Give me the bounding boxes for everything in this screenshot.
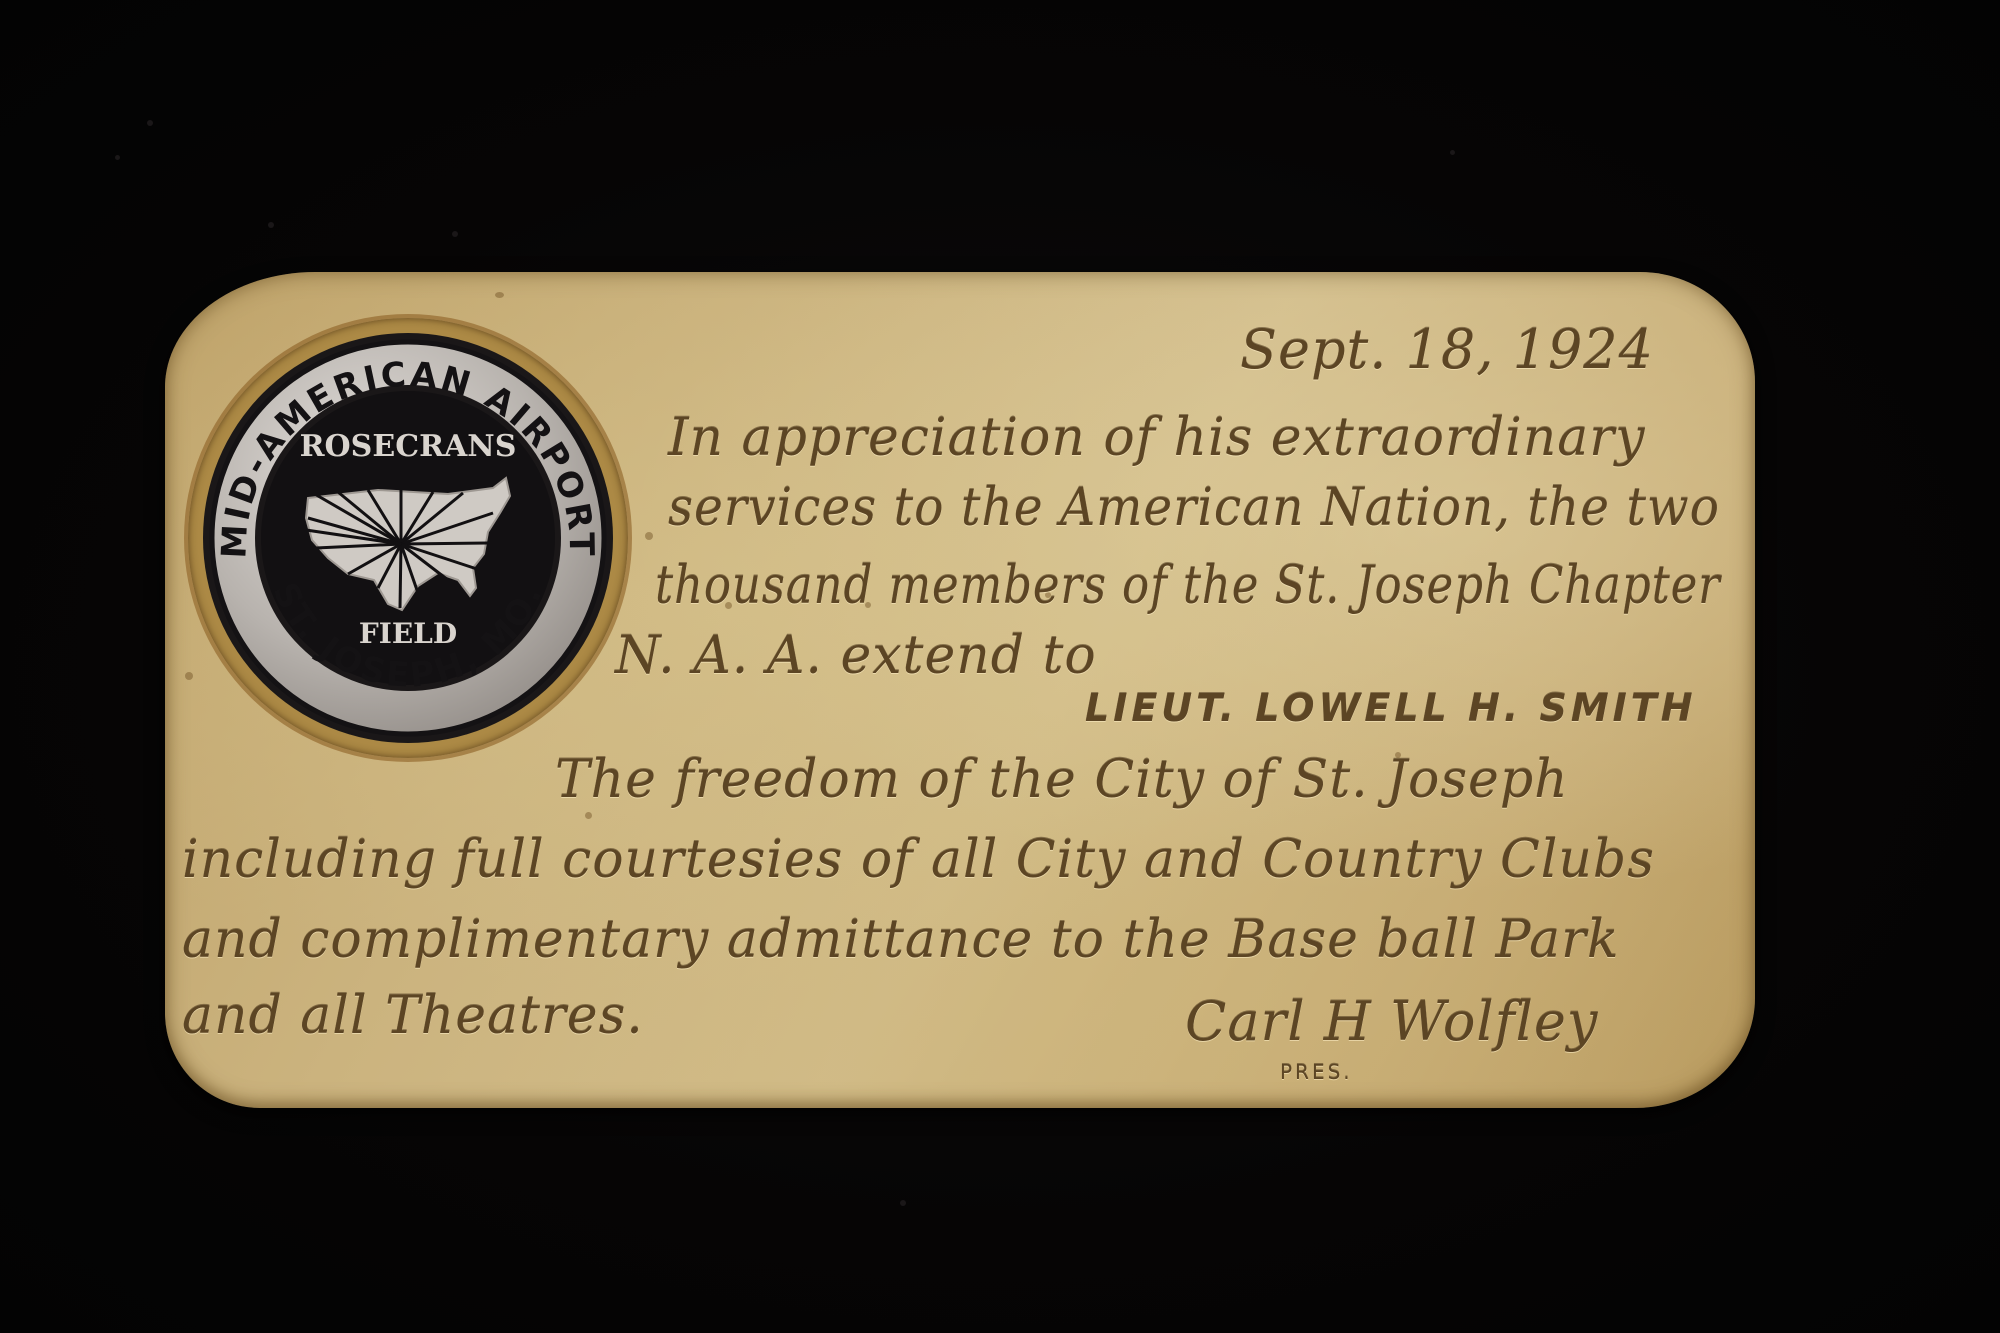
velvet-speck (1450, 150, 1455, 155)
inscription-line: services to the American Nation, the two (668, 478, 1720, 538)
velvet-speck (900, 1200, 906, 1206)
velvet-speck (268, 222, 274, 228)
recipient-name: LIEUT. LOWELL H. SMITH (1085, 686, 1697, 730)
velvet-speck (147, 120, 153, 126)
signature-title: PRES. (1280, 1060, 1353, 1084)
inscription-line: N. A. A. extend to (615, 626, 1097, 686)
airport-medallion: MID-AMERICAN AIRPORT ST. JOSEPH, MO. ROS… (188, 318, 628, 758)
inscription-body-line: and all Theatres. (182, 986, 644, 1046)
tarnish-spot (495, 292, 504, 298)
inscription-body-line: and complimentary admittance to the Base… (182, 910, 1620, 970)
medallion-center-top: ROSECRANS (300, 429, 517, 464)
signature: Carl H Wolfley (1185, 990, 1598, 1053)
tarnish-spot (645, 532, 653, 540)
inscription-line: In appreciation of his extraordinary (668, 408, 1645, 468)
medallion-center-bottom: FIELD (359, 617, 457, 650)
velvet-speck (452, 231, 458, 237)
inscription-body-line: including full courtesies of all City an… (182, 830, 1655, 890)
inscription-line: thousand members of the St. Joseph Chapt… (655, 556, 1721, 616)
engraved-date: Sept. 18, 1924 (1240, 318, 1654, 381)
tarnish-spot (585, 812, 592, 819)
medallion-artwork: MID-AMERICAN AIRPORT ST. JOSEPH, MO. ROS… (188, 318, 628, 758)
inscription-body-line: The freedom of the City of St. Joseph (555, 750, 1569, 810)
velvet-speck (115, 155, 120, 160)
